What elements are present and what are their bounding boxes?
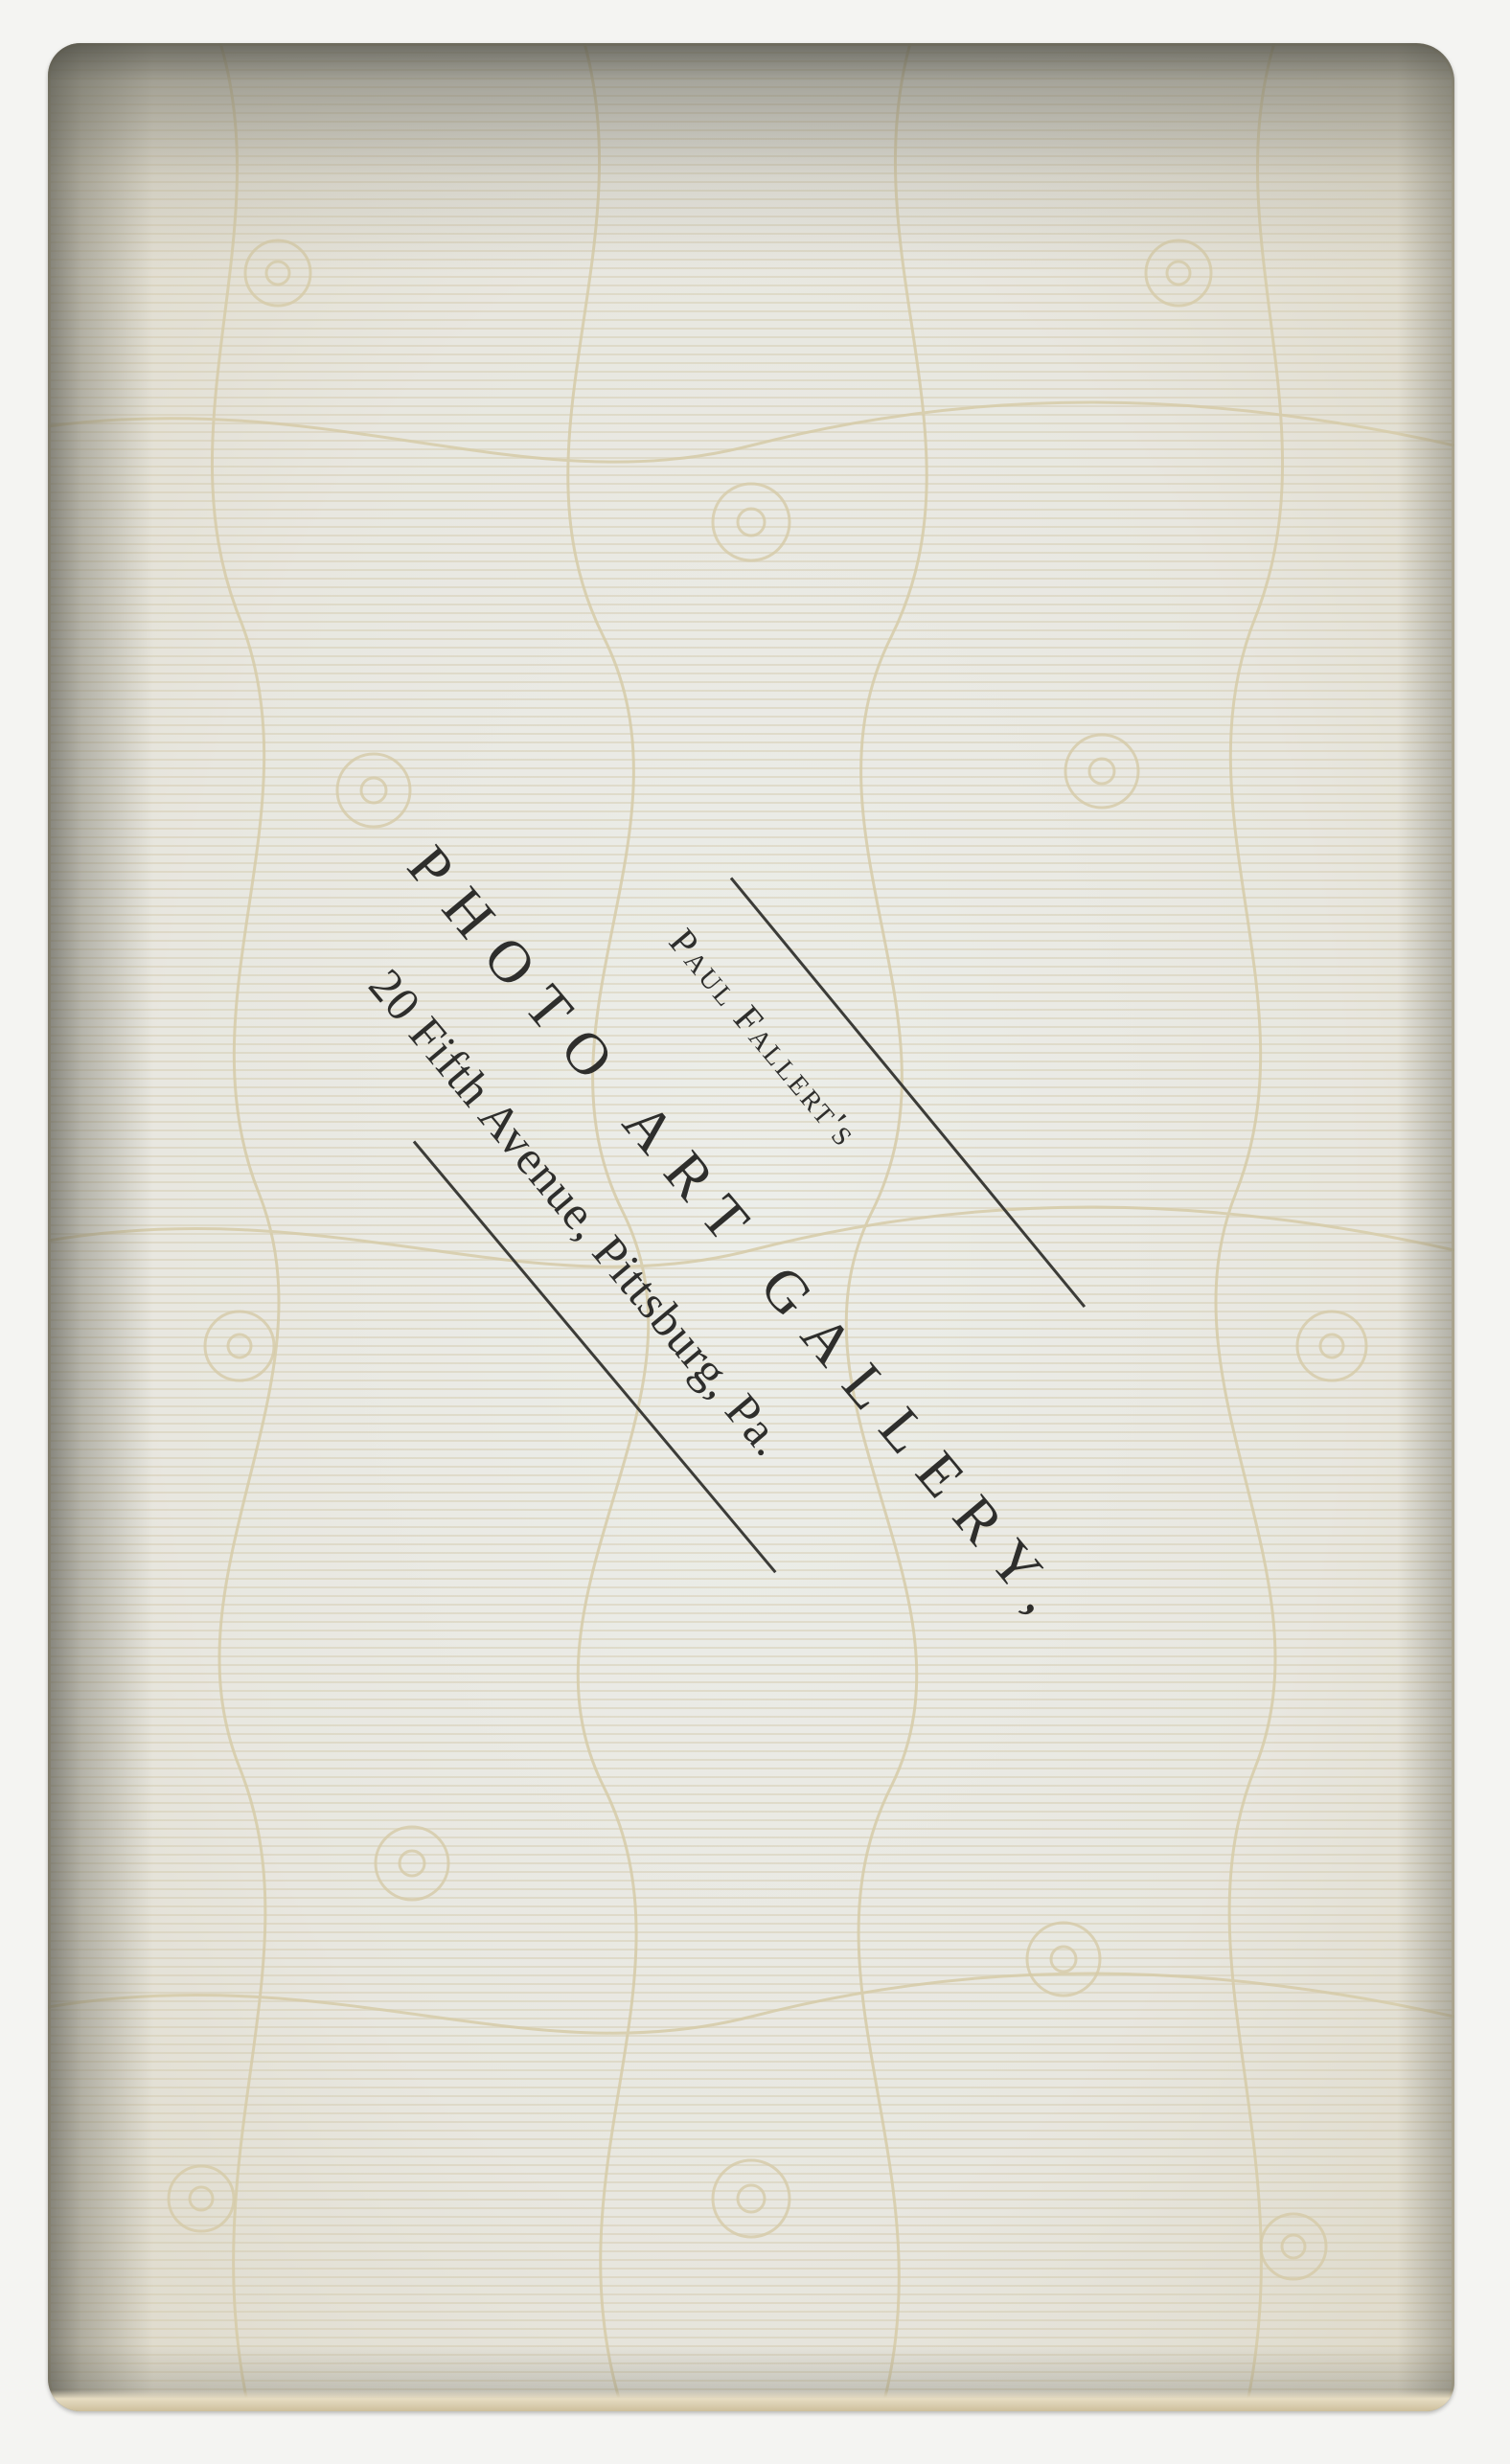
worn-bottom-edge <box>48 2390 1454 2411</box>
